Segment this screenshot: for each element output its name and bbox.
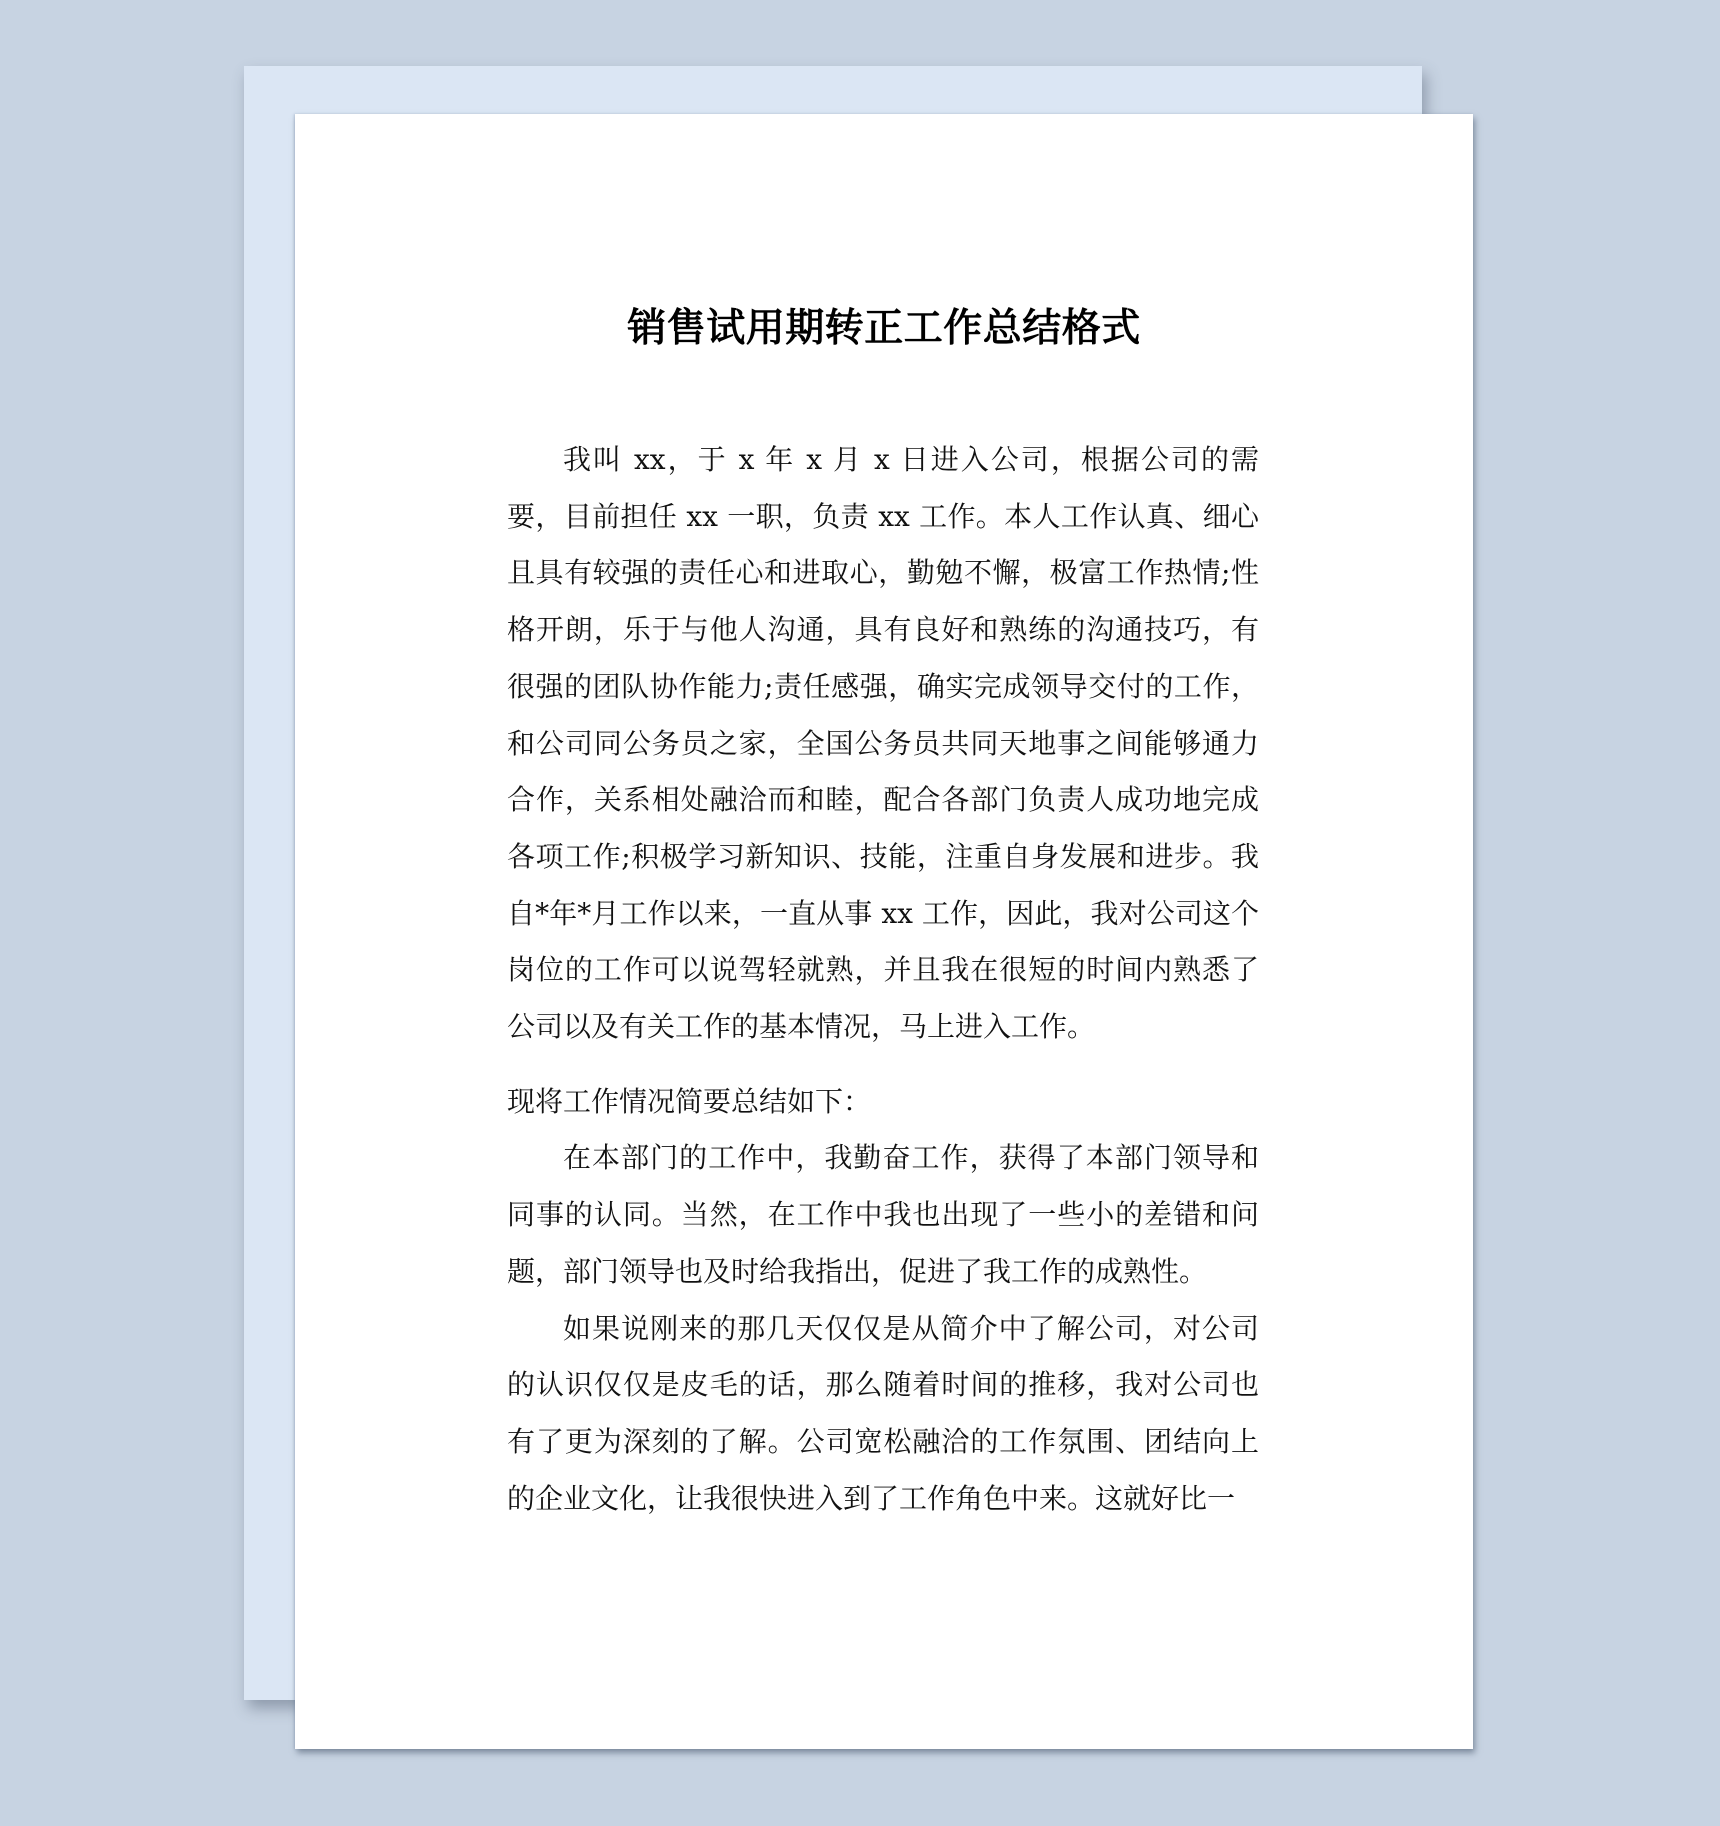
paragraph-department-work: 在本部门的工作中，我勤奋工作，获得了本部门领导和同事的认同。当然，在工作中我也出… bbox=[507, 1130, 1259, 1300]
document-body: 我叫 xx，于 x 年 x 月 x 日进入公司，根据公司的需要，目前担任 xx … bbox=[507, 432, 1259, 1527]
paragraph-intro: 我叫 xx，于 x 年 x 月 x 日进入公司，根据公司的需要，目前担任 xx … bbox=[507, 432, 1259, 1056]
document-title: 销售试用期转正工作总结格式 bbox=[0, 304, 1720, 354]
paragraph-company-understanding: 如果说刚来的那几天仅仅是从简介中了解公司，对公司的认识仅仅是皮毛的话，那么随着时… bbox=[507, 1301, 1259, 1528]
paragraph-summary-lead: 现将工作情况简要总结如下： bbox=[507, 1074, 1259, 1131]
